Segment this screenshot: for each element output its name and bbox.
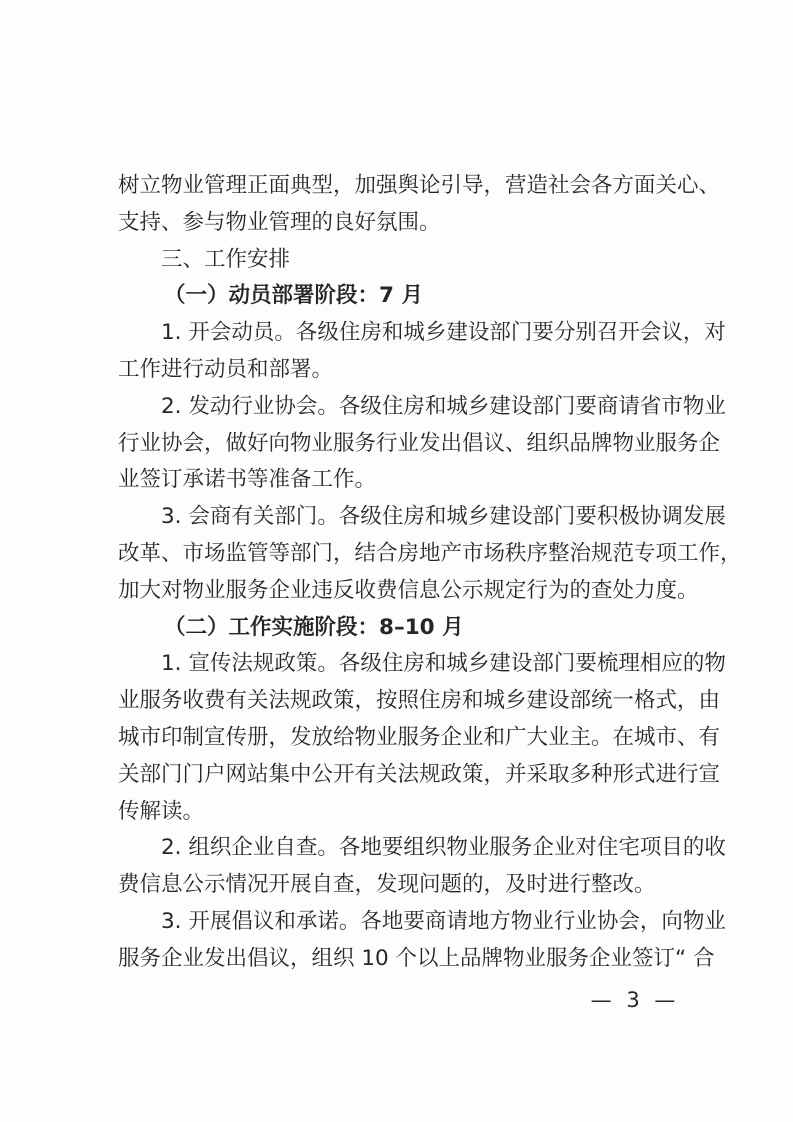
paragraph-line: 1. 开会动员。各级住房和城乡建设部门要分别召开会议，对: [118, 315, 684, 352]
paragraph-line: 改革、市场监管等部门，结合房地产市场秩序整治规范专项工作，: [118, 536, 684, 573]
paragraph-line: 3. 开展倡议和承诺。各地要商请地方物业行业协会，向物业: [118, 904, 684, 941]
paragraph-line: 费信息公示情况开展自查，发现问题的，及时进行整改。: [118, 867, 684, 904]
paragraph-line: 1. 宣传法规政策。各级住房和城乡建设部门要梳理相应的物: [118, 646, 684, 683]
paragraph-line: 城市印制宣传册，发放给物业服务企业和广大业主。在城市、有: [118, 720, 684, 757]
paragraph-line: 加大对物业服务企业违反收费信息公示规定行为的查处力度。: [118, 573, 684, 610]
paragraph-line: 传解读。: [118, 794, 684, 831]
section-heading: 三、工作安排: [118, 242, 684, 279]
paragraph-line: 业签订承诺书等准备工作。: [118, 462, 684, 499]
paragraph-line: 工作进行动员和部署。: [118, 352, 684, 389]
paragraph-line: 支持、参与物业管理的良好氛围。: [118, 205, 684, 242]
paragraph-line: 2. 组织企业自查。各地要组织物业服务企业对住宅项目的收: [118, 830, 684, 867]
paragraph-line: 服务企业发出倡议，组织 10 个以上品牌物业服务企业签订“ 合: [118, 941, 684, 978]
paragraph-line: 业服务收费有关法规政策，按照住房和城乡建设部统一格式，由: [118, 683, 684, 720]
paragraph-line: 行业协会，做好向物业服务行业发出倡议、组织品牌物业服务企: [118, 426, 684, 463]
paragraph-line: 2. 发动行业协会。各级住房和城乡建设部门要商请省市物业: [118, 389, 684, 426]
paragraph-line: 树立物业管理正面典型，加强舆论引导，营造社会各方面关心、: [118, 168, 684, 205]
paragraph-line: 关部门门户网站集中公开有关法规政策，并采取多种形式进行宣: [118, 757, 684, 794]
document-body: 树立物业管理正面典型，加强舆论引导，营造社会各方面关心、 支持、参与物业管理的良…: [118, 168, 684, 978]
document-page: 树立物业管理正面典型，加强舆论引导，营造社会各方面关心、 支持、参与物业管理的良…: [0, 0, 793, 1122]
subsection-heading: （一）动员部署阶段：7 月: [118, 278, 684, 315]
subsection-heading: （二）工作实施阶段：8–10 月: [118, 610, 684, 647]
paragraph-line: 3. 会商有关部门。各级住房和城乡建设部门要积极协调发展: [118, 499, 684, 536]
page-number: — 3 —: [585, 984, 685, 1016]
